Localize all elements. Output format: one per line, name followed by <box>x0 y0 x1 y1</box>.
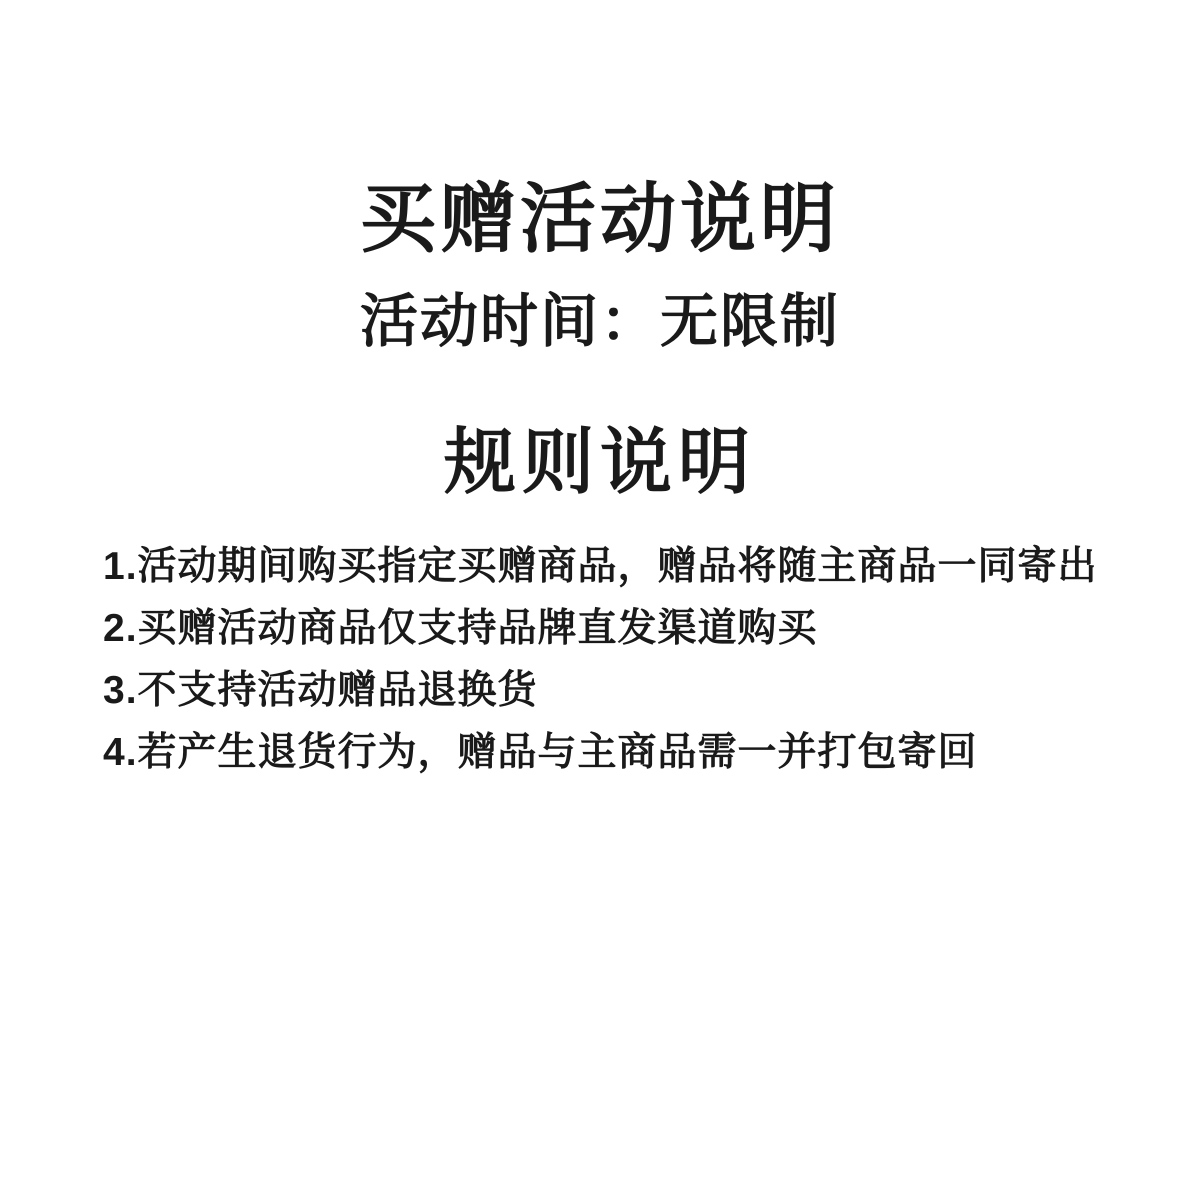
rule-item-2: 2.买赠活动商品仅支持品牌直发渠道购买 <box>103 598 1140 660</box>
page-title: 买赠活动说明 <box>0 158 1200 267</box>
promo-notice-page: 买赠活动说明 活动时间：无限制 规则说明 1.活动期间购买指定买赠商品，赠品将随… <box>0 0 1200 1200</box>
rule-item-4: 4.若产生退货行为，赠品与主商品需一并打包寄回 <box>103 722 1140 784</box>
rule-item-3: 3.不支持活动赠品退换货 <box>103 660 1140 722</box>
rules-heading: 规则说明 <box>0 404 1200 508</box>
activity-time-subtitle: 活动时间：无限制 <box>0 274 1200 358</box>
rules-list: 1.活动期间购买指定买赠商品，赠品将随主商品一同寄出 2.买赠活动商品仅支持品牌… <box>103 536 1140 784</box>
rule-item-1: 1.活动期间购买指定买赠商品，赠品将随主商品一同寄出 <box>103 536 1140 598</box>
